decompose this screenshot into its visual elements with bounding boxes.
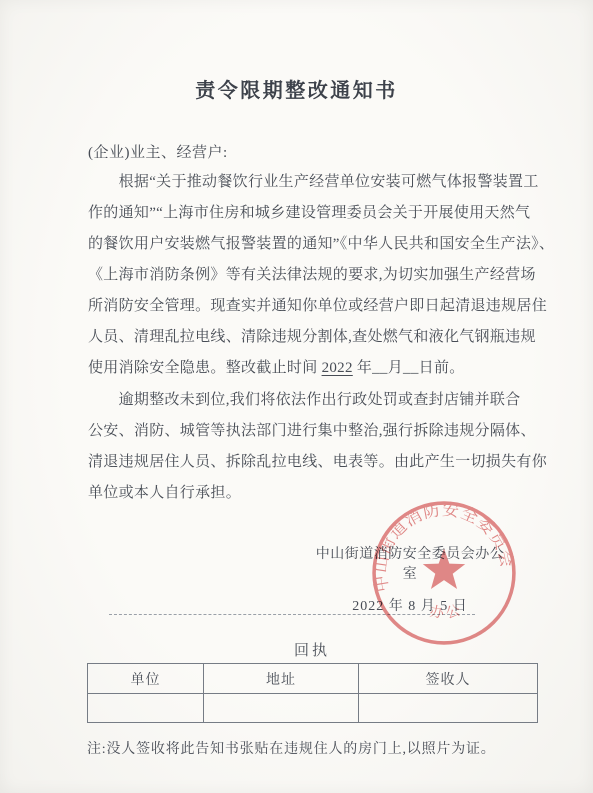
deadline-line: 使用消除安全隐患。整改截止时间 2022 年__月__日前。 — [88, 353, 534, 384]
body-line: 逾期整改未到位,我们将依法作出行政处罚或查封店铺并联合 — [88, 385, 534, 416]
issue-date: 2022 年 8 月 5 日 — [310, 597, 510, 617]
document-title: 责令限期整改通知书 — [0, 74, 593, 103]
receipt-heading: 回执 — [87, 639, 537, 660]
paragraph-legal-basis: 根据“关于推动餐饮行业生产经营单位安装可燃气体报警装置工 作的通知”“上海市住房… — [88, 167, 534, 384]
deadline-day-unit: 日前。 — [419, 360, 465, 376]
issuing-office-name: 中山街道消防安全委员会办公室 — [310, 545, 510, 585]
deadline-month-blank: __ — [372, 360, 388, 376]
scanned-notice-page: 责令限期整改通知书 (企业)业主、经营户: 根据“关于推动餐饮行业生产经营单位安… — [0, 0, 593, 793]
receipt-header-row: 单位 地址 签收人 — [88, 664, 538, 694]
deadline-month-unit: 月 — [388, 360, 403, 376]
body-line: 清退违规居住人员、拆除乱拉电线、电表等。由此产生一切损失有你 — [88, 447, 534, 478]
posting-note: 注:没人签收将此告知书张贴在违规住人的房门上,以照片为证。 — [87, 738, 547, 758]
receipt-cell-signee — [359, 694, 538, 723]
receipt-blank-row — [88, 694, 538, 723]
body-line: 的餐饮用户安装燃气报警装置的通知”《中华人民共和国安全生产法》、 — [88, 229, 534, 260]
receipt-header-address: 地址 — [204, 664, 359, 694]
body-line: 人员、清理乱拉电线、清除违规分割体,查处燃气和液化气钢瓶违规 — [88, 322, 534, 353]
body-line: 所消防安全管理。现查实并通知你单位或经营户即日起清退违规居住 — [88, 291, 534, 322]
body-line: 作的通知”“上海市住房和城乡建设管理委员会关于开展使用天然气 — [88, 198, 534, 229]
salutation-line: (企业)业主、经营户: — [88, 141, 228, 162]
receipt-cell-unit — [88, 694, 204, 723]
deadline-year: 2022 — [322, 360, 353, 376]
deadline-day-blank: __ — [403, 360, 419, 376]
paragraph-consequences: 逾期整改未到位,我们将依法作出行政处罚或查封店铺并联合 公安、消防、城管等执法部… — [88, 385, 534, 509]
body-line: 单位或本人自行承担。 — [88, 478, 534, 509]
receipt-table: 单位 地址 签收人 — [87, 663, 538, 723]
signature-block: 中山街道消防安全委员会办公室 2022 年 8 月 5 日 — [310, 545, 510, 617]
deadline-year-unit: 年 — [353, 360, 372, 376]
receipt-cell-address — [204, 694, 359, 723]
body-line: 根据“关于推动餐饮行业生产经营单位安装可燃气体报警装置工 — [88, 167, 534, 198]
receipt-header-unit: 单位 — [88, 664, 204, 694]
body-line: 《上海市消防条例》等有关法律法规的要求,为切实加强生产经营场 — [88, 260, 534, 291]
body-line: 公安、消防、城管等执法部门进行集中整治,强行拆除违规分隔体、 — [88, 416, 534, 447]
receipt-header-signee: 签收人 — [359, 664, 538, 694]
deadline-prefix: 使用消除安全隐患。整改截止时间 — [88, 360, 322, 376]
